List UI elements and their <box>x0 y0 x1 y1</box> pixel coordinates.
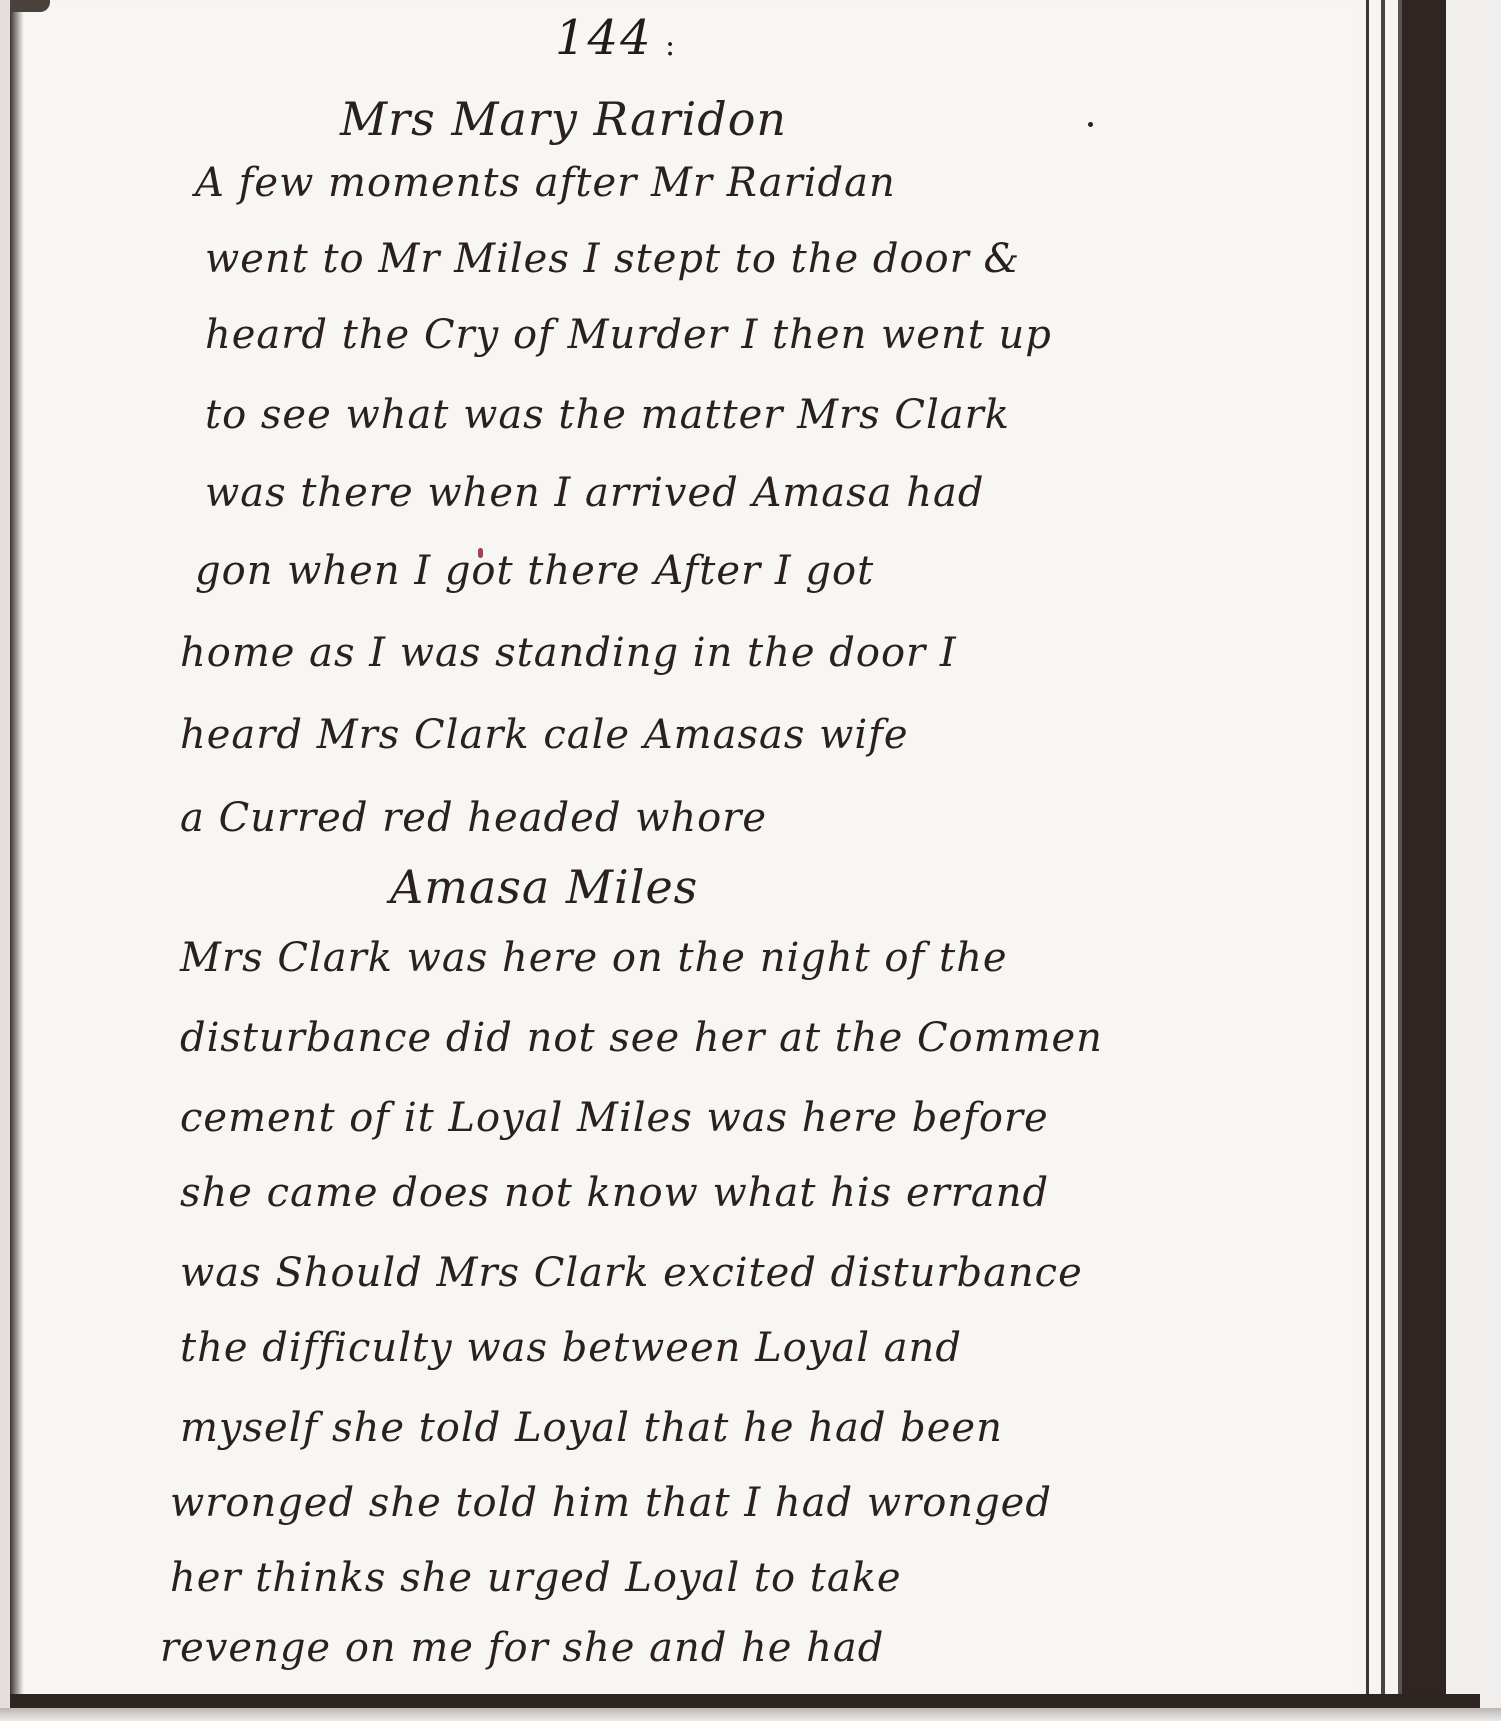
manuscript-line: her thinks she urged Loyal to take <box>170 1555 902 1601</box>
manuscript-line: heard the Cry of Murder I then went up <box>205 312 1052 358</box>
manuscript-line: revenge on me for she and he had <box>160 1625 884 1671</box>
section-heading: Amasa Miles <box>390 860 698 914</box>
manuscript-line: myself she told Loyal that he had been <box>180 1405 1003 1451</box>
page-gutter-shadow <box>10 0 24 1721</box>
manuscript-line: was Should Mrs Clark excited disturbance <box>180 1250 1083 1296</box>
ink-speck <box>1088 122 1093 127</box>
manuscript-line: heard Mrs Clark cale Amasas wife <box>180 712 909 758</box>
page-number: 144 <box>555 10 653 66</box>
manuscript-line: home as I was standing in the door I <box>180 630 957 676</box>
scan-margin-bottom <box>0 1708 1501 1721</box>
page-edge-line <box>1366 0 1369 1700</box>
manuscript-line: to see what was the matter Mrs Clark <box>205 392 1010 438</box>
book-cover-right <box>1402 0 1446 1706</box>
manuscript-line: disturbance did not see her at the Comme… <box>180 1015 1103 1061</box>
book-cover-bottom <box>10 1694 1480 1708</box>
manuscript-line: was there when I arrived Amasa had <box>205 470 984 516</box>
manuscript-line: a Curred red headed whore <box>180 795 767 841</box>
page-edge-line <box>1381 0 1385 1700</box>
section-heading: Mrs Mary Raridon <box>340 92 787 146</box>
page-mark: : <box>665 28 675 63</box>
manuscript-line: she came does not know what his errand <box>180 1170 1049 1216</box>
scan-margin-right <box>1446 0 1501 1721</box>
manuscript-line: went to Mr Miles I stept to the door & <box>205 236 1020 282</box>
top-cover-edge <box>10 0 50 12</box>
manuscript-line: Mrs Clark was here on the night of the <box>180 935 1008 981</box>
manuscript-line: the difficulty was between Loyal and <box>180 1325 962 1371</box>
manuscript-line: cement of it Loyal Miles was here before <box>180 1095 1049 1141</box>
manuscript-line: gon when I got there After I got <box>195 548 874 594</box>
manuscript-line: wronged she told him that I had wronged <box>170 1480 1052 1526</box>
manuscript-line: A few moments after Mr Raridan <box>195 160 896 206</box>
